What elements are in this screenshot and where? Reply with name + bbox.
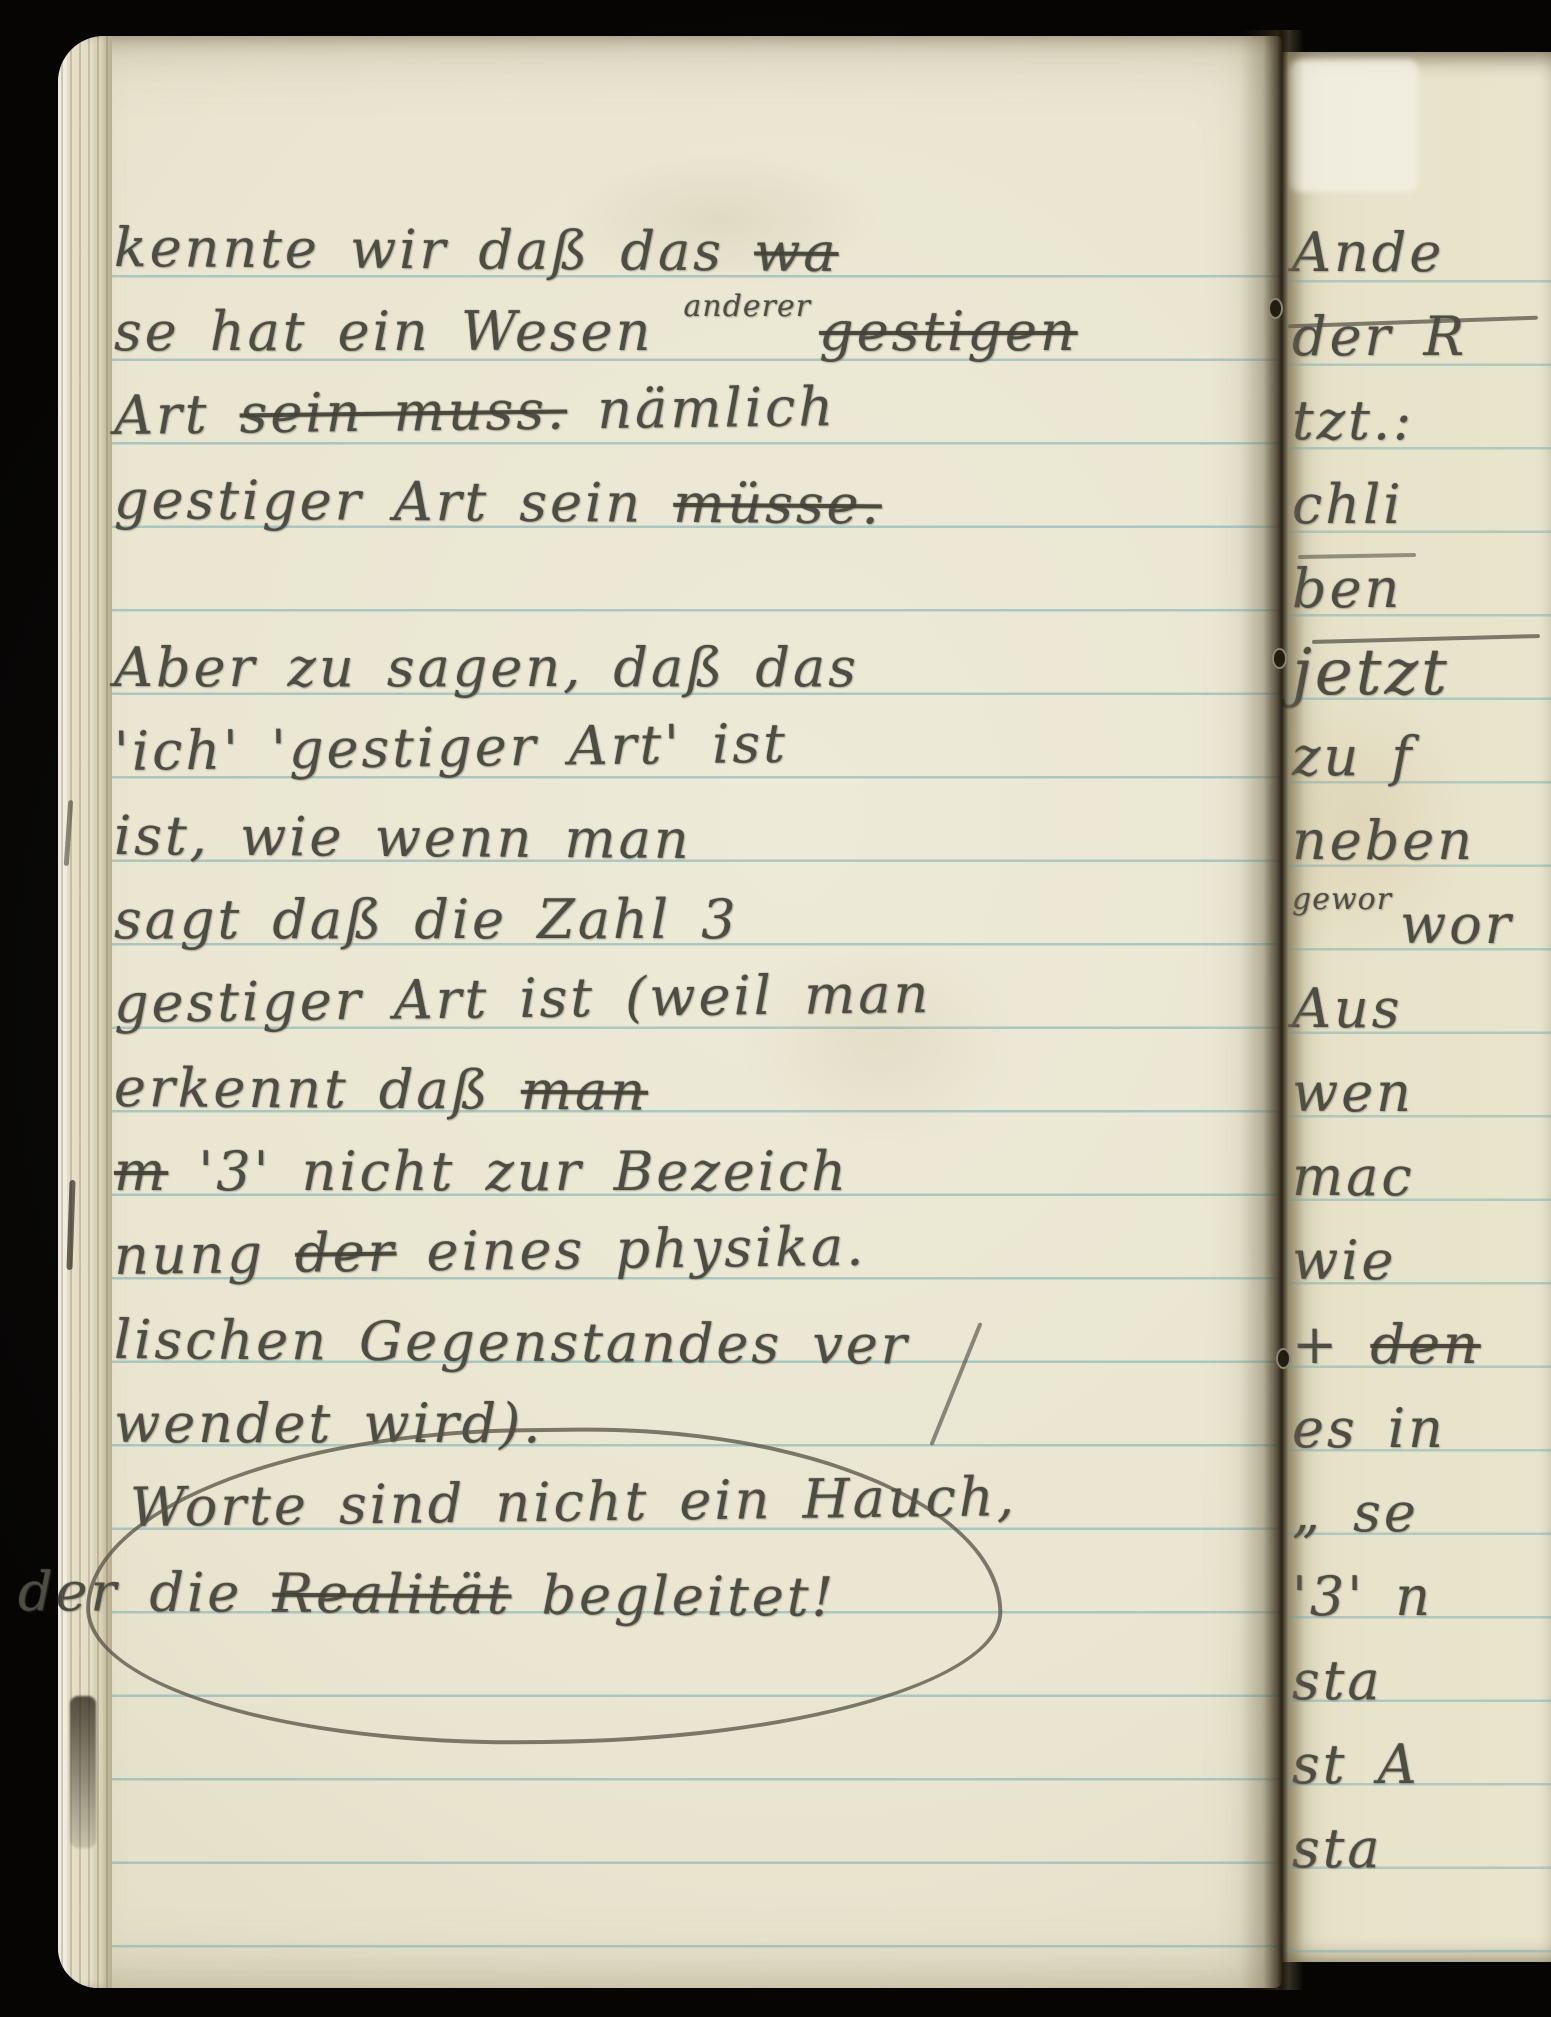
handwriting-line: „ se [1292,1478,1419,1548]
handwriting-line: nung der eines physika. [114,1212,867,1291]
handwriting-line: Art sein muss. nämlich [114,372,837,451]
struck-word: der [295,1221,397,1285]
handwritten-text: eines physika. [396,1215,867,1284]
handwriting-line: m '3' nicht zur Bezeich [114,1137,849,1207]
handwriting-line: wie [1292,1226,1396,1296]
page-edge-smudge [70,1696,96,1848]
struck-word: den [1370,1313,1480,1376]
handwritten-text: chli [1292,473,1404,536]
handwriting-line: sagt daß die Zahl 3 [114,885,739,955]
handwriting-line: sta [1292,1814,1383,1884]
struck-word: wa [754,220,839,284]
struck-word: m [114,1140,168,1203]
handwritten-text: kennte wir daß das [114,216,755,283]
handwritten-text: ist, wie wenn man [114,804,692,871]
handwriting-line: sta [1292,1646,1383,1716]
handwritten-text: gestiger Art ist (weil man [114,962,932,1035]
handwriting-line: gestiger Art ist (weil man [114,959,932,1039]
handwritten-text: der R [1292,305,1467,368]
handwritten-text: zu f [1292,725,1414,788]
handwriting-line: + den [1292,1310,1481,1380]
handwriting-line: chli [1292,470,1404,540]
struck-word: sein muss. [239,378,567,445]
struck-word: gestigen [819,300,1078,363]
handwritten-text: mac [1292,1145,1415,1208]
handwritten-text: wen [1292,1061,1414,1124]
handwriting-line: jetzt [1292,638,1450,708]
right-page: Andeder Rtzt.:chlibenjetztzu fnebengewor… [1282,52,1551,1962]
handwriting-line: lischen Gegenstandes ver [114,1305,910,1381]
handwriting-line: kennte wir daß das wa [114,213,839,288]
handwritten-text: ben [1292,557,1402,620]
handwriting-line: zu f [1292,722,1414,792]
struck-word: man [521,1059,649,1123]
handwriting-line: Ande [1292,218,1444,288]
handwritten-text: lischen Gegenstandes ver [114,1308,910,1377]
handwritten-text: es in [1292,1397,1446,1460]
handwriting-line: tzt.: [1292,386,1414,456]
handwriting-line: neben [1292,806,1475,876]
handwriting-line: wen [1292,1058,1414,1128]
handwritten-text: tzt.: [1292,389,1414,452]
handwritten-text: „ se [1292,1481,1419,1544]
handwriting-line: mac [1292,1142,1415,1212]
handwritten-text: wie [1292,1229,1396,1292]
handwritten-text: nämlich [567,375,837,441]
handwriting-line: '3' n [1292,1562,1433,1632]
paper-light-patch [1290,60,1418,192]
handwriting-line: Aus [1292,974,1403,1044]
handwritten-text: '3' n [1292,1565,1433,1628]
handwritten-text: 'ich' 'gestiger Art' ist [114,712,789,783]
handwriting-line: ist, wie wenn man [114,801,692,875]
handwriting-line: 'ich' 'gestiger Art' ist [114,709,789,787]
handwriting-line: der R [1292,302,1467,372]
notebook-photo: Andeder Rtzt.:chlibenjetztzu fnebengewor… [0,0,1551,2017]
handwriting-line: geworwor [1292,890,1514,969]
handwritten-text: sta [1292,1817,1383,1880]
handwritten-text: gestiger Art sein [114,468,674,535]
handwriting-line: st A [1292,1730,1420,1800]
handwritten-text: nung [114,1222,296,1287]
handwritten-text: sta [1292,1649,1383,1712]
stitch-hole [1276,1348,1291,1369]
handwritten-text: '3' nicht zur Bezeich [168,1140,849,1203]
handwritten-text: Art [114,382,240,447]
handwritten-text: sagt daß die Zahl 3 [114,888,739,951]
handwriting-line: Aber zu sagen, daß das [114,633,859,703]
handwritten-text: neben [1292,809,1475,872]
handwriting-line: gestiger Art sein müsse. [114,465,882,540]
handwritten-text: jetzt [1292,636,1450,710]
stitch-hole [1268,298,1283,319]
handwritten-text: Aber zu sagen, daß das [114,636,859,699]
handwriting-line: erkennt daß man [114,1053,649,1127]
handwritten-text: wor [1400,893,1514,956]
handwritten-text: Aus [1292,977,1403,1040]
handwriting-line: ben [1292,554,1402,624]
handwritten-text: erkennt daß [114,1056,521,1122]
stitch-hole [1272,648,1287,669]
handwriting-line: es in [1292,1394,1446,1464]
handwritten-text: Ande [1292,221,1444,284]
inserted-word-above: gewor [1292,882,1392,917]
handwritten-text: + [1292,1313,1370,1376]
handwriting-line: se hat ein Wesen anderergestigen [114,297,1078,376]
struck-word: müsse. [673,472,882,536]
handwritten-text: st A [1292,1733,1420,1796]
inserted-word-above: anderer [684,289,812,324]
handwritten-text: se hat ein Wesen [114,300,684,363]
